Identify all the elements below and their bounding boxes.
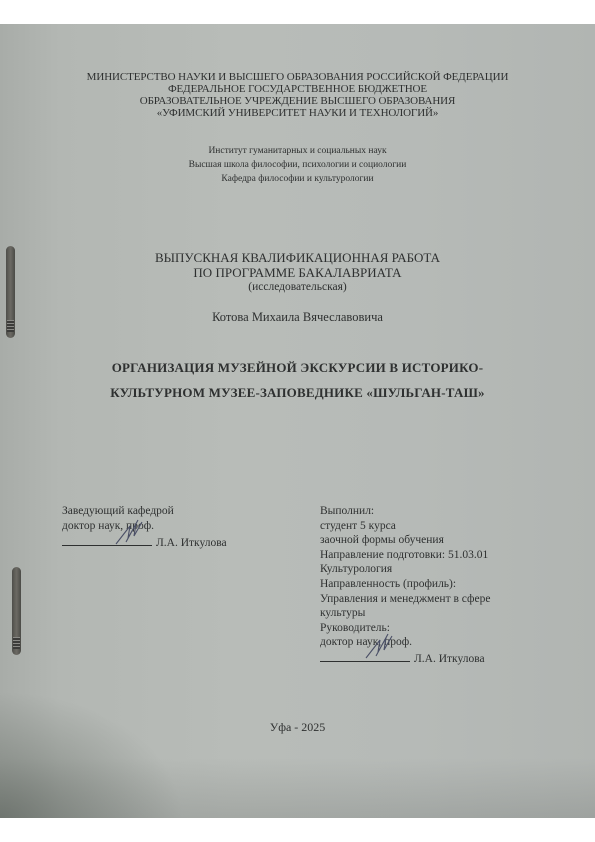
supervisor-signature-row: Л.А. Иткулова — [320, 650, 490, 667]
performer-line: культуры — [320, 606, 490, 621]
thesis-title-line2: КУЛЬТУРНОМ МУЗЕЕ-ЗАПОВЕДНИКЕ «ШУЛЬГАН-ТА… — [0, 380, 595, 405]
performer-line: Управления и менеджмент в сфере — [320, 592, 490, 607]
performer-line: заочной формы обучения — [320, 533, 490, 548]
department-line: Кафедра философии и культурологии — [0, 172, 595, 186]
performer-line: студент 5 курса — [320, 519, 490, 534]
institute-block: Институт гуманитарных и социальных наук … — [0, 144, 595, 186]
signature-icon — [362, 630, 402, 660]
performer-label: Выполнил: — [320, 504, 490, 519]
supervisor-degree: доктор наук, проф. — [320, 635, 490, 650]
head-signature-row: Л.А. Иткулова — [62, 534, 227, 551]
performer-block: Выполнил: студент 5 курса заочной формы … — [320, 504, 490, 667]
header-line: ОБРАЗОВАТЕЛЬНОЕ УЧРЕЖДЕНИЕ ВЫСШЕГО ОБРАЗ… — [0, 95, 595, 107]
work-type-line1: ВЫПУСКНАЯ КВАЛИФИКАЦИОННАЯ РАБОТА — [0, 250, 595, 265]
work-type: ВЫПУСКНАЯ КВАЛИФИКАЦИОННАЯ РАБОТА ПО ПРО… — [0, 250, 595, 294]
binding-fastener-bottom — [12, 567, 21, 655]
school-line: Высшая школа философии, психологии и соц… — [0, 158, 595, 172]
header-line: МИНИСТЕРСТВО НАУКИ И ВЫСШЕГО ОБРАЗОВАНИЯ… — [0, 71, 595, 83]
city-year: Уфа - 2025 — [0, 720, 595, 735]
header-line: ФЕДЕРАЛЬНОЕ ГОСУДАРСТВЕННОЕ БЮДЖЕТНОЕ — [0, 83, 595, 95]
header-line: «УФИМСКИЙ УНИВЕРСИТЕТ НАУКИ И ТЕХНОЛОГИЙ… — [0, 107, 595, 119]
work-type-line2: ПО ПРОГРАММЕ БАКАЛАВРИАТА — [0, 265, 595, 280]
supervisor-label: Руководитель: — [320, 621, 490, 636]
supervisor-name: Л.А. Иткулова — [414, 653, 485, 665]
ministry-header: МИНИСТЕРСТВО НАУКИ И ВЫСШЕГО ОБРАЗОВАНИЯ… — [0, 71, 595, 119]
performer-line: Направленность (профиль): — [320, 577, 490, 592]
thesis-title: ОРГАНИЗАЦИЯ МУЗЕЙНОЙ ЭКСКУРСИИ В ИСТОРИК… — [0, 355, 595, 405]
performer-line: Культурология — [320, 562, 490, 577]
author-name: Котова Михаила Вячеславовича — [0, 310, 595, 325]
head-of-department-block: Заведующий кафедрой доктор наук, проф. Л… — [62, 504, 227, 551]
work-kind: (исследовательская) — [0, 280, 595, 294]
institute-line: Институт гуманитарных и социальных наук — [0, 144, 595, 158]
performer-line: Направление подготовки: 51.03.01 — [320, 548, 490, 563]
thesis-title-line1: ОРГАНИЗАЦИЯ МУЗЕЙНОЙ ЭКСКУРСИИ В ИСТОРИК… — [0, 355, 595, 380]
head-name: Л.А. Иткулова — [156, 537, 227, 549]
signature-icon — [112, 516, 152, 546]
